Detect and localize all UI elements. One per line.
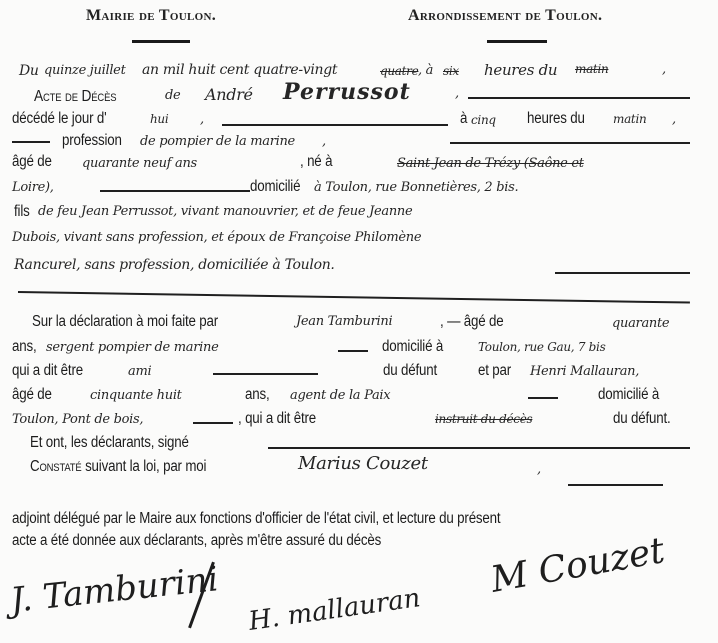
death-certificate-page: Mairie de Toulon. Arrondissement de Toul… bbox=[0, 0, 718, 643]
line2-end: , bbox=[455, 86, 459, 101]
year-suffix: quatre bbox=[380, 64, 418, 78]
deceased-profession: de pompier de la marine bbox=[140, 134, 295, 149]
blank-line bbox=[568, 484, 663, 486]
parents-spouse-line: Dubois, vivant sans profession, et époux… bbox=[12, 230, 421, 245]
declarant2-domicile: Toulon, Pont de bois, bbox=[12, 412, 143, 427]
deceased-domicile: à Toulon, rue Bonnetières, 2 bis. bbox=[314, 180, 518, 195]
blank-line bbox=[338, 350, 368, 352]
declarant2-relation: instruit du décès bbox=[435, 412, 532, 426]
line3-end: , bbox=[672, 112, 676, 127]
line3-a: à bbox=[460, 110, 467, 128]
death-day: quinze juillet bbox=[44, 63, 126, 78]
birthplace-cont: Loire), bbox=[12, 180, 54, 195]
header-rule-left bbox=[132, 40, 190, 43]
line3-heures: heures du bbox=[527, 110, 585, 128]
printed-hours: heures du bbox=[484, 61, 557, 79]
declarant2-age: cinquante huit bbox=[90, 388, 182, 403]
born-label: , né à bbox=[300, 153, 332, 171]
death-hour: cinq bbox=[471, 113, 496, 127]
hour-prefix: , à bbox=[418, 63, 433, 78]
declaration-label: Sur la déclaration à moi faite par bbox=[32, 313, 218, 331]
declarant2-domicile-label: domicilié à bbox=[598, 386, 659, 404]
declarant1-ans-label: ans, bbox=[12, 338, 37, 356]
line1-end: , bbox=[662, 62, 666, 77]
declarant1-relation: ami bbox=[128, 364, 151, 379]
declarant2-name: Henri Mallauran, bbox=[530, 364, 639, 379]
blank-line bbox=[100, 190, 250, 192]
signed-label: Et ont, les déclarants, signé bbox=[30, 434, 189, 452]
deceased-first-name: André bbox=[205, 85, 253, 104]
declarant2-relation-label: , qui a dit être bbox=[238, 410, 316, 428]
blank-line bbox=[450, 142, 690, 144]
profession-label: profession bbox=[62, 132, 122, 150]
declaration-hour: six bbox=[443, 64, 459, 78]
declarant2-ans-label: ans, bbox=[245, 386, 270, 404]
declarant1-relation-label: qui a dit être bbox=[12, 362, 83, 380]
du-defunt-label: du défunt bbox=[383, 362, 437, 380]
signature-declarant1: J. Tamburini bbox=[8, 559, 220, 621]
closing-line1: adjoint délégué par le Maire aux fonctio… bbox=[12, 510, 500, 528]
blank-line bbox=[222, 124, 448, 126]
blank-line bbox=[468, 97, 690, 99]
closing-line2: acte a été donnée aux déclarants, après … bbox=[12, 532, 381, 550]
domicile-label: domicilié bbox=[250, 178, 300, 196]
constate-text: suivant la loi, par moi bbox=[85, 458, 206, 475]
death-period: matin bbox=[613, 112, 646, 126]
acte-de-deces-label: Acte de Décès bbox=[34, 88, 116, 106]
fils-label: fils bbox=[14, 203, 30, 221]
blank-line bbox=[528, 397, 558, 399]
constate-label: Constaté suivant la loi, par moi bbox=[30, 458, 206, 476]
line2-de: de bbox=[165, 88, 180, 103]
declarant1-domicile-label: domicilié à bbox=[382, 338, 443, 356]
line1-prefix: Du bbox=[19, 63, 39, 79]
declarant1-age-label: , — âgé de bbox=[440, 313, 503, 331]
section-separator bbox=[18, 291, 690, 304]
declarant2-profession: agent de la Paix bbox=[290, 388, 390, 403]
blank-line bbox=[555, 272, 690, 274]
constate-end: , bbox=[537, 462, 541, 477]
declarant1-age: quarante bbox=[612, 316, 669, 331]
officer-name: Marius Couzet bbox=[298, 453, 428, 474]
declarant2-age-label: âgé de bbox=[12, 386, 52, 404]
printed-year: an mil huit cent quatre-vingt bbox=[142, 62, 337, 78]
declaration-period: matin bbox=[575, 62, 608, 76]
declarant1-profession: sergent pompier de marine bbox=[46, 340, 218, 355]
blank-line bbox=[12, 141, 50, 143]
declarant1-name: Jean Tamburini bbox=[296, 314, 392, 329]
line3-comma: , bbox=[200, 112, 204, 127]
header-arrondissement: Arrondissement de Toulon. bbox=[408, 7, 602, 25]
signature-officer: M Couzet bbox=[488, 530, 668, 601]
header-mairie: Mairie de Toulon. bbox=[86, 7, 216, 25]
blank-line bbox=[213, 373, 318, 375]
line4-end: , bbox=[322, 134, 326, 149]
declarant1-domicile: Toulon, rue Gau, 7 bis bbox=[478, 340, 605, 354]
spouse-line: Rancurel, sans profession, domiciliée à … bbox=[14, 257, 335, 273]
age-label: âgé de bbox=[12, 153, 52, 171]
deceased-age: quarante neuf ans bbox=[82, 156, 197, 171]
signature-declarant2: H. mallauran bbox=[247, 583, 422, 637]
deceased-label: décédé le jour d' bbox=[12, 110, 106, 128]
blank-line bbox=[193, 422, 233, 424]
du-defunt-end: du défunt. bbox=[613, 410, 671, 428]
parents-line: de feu Jean Perrussot, vivant manouvrier… bbox=[38, 204, 412, 219]
deceased-surname: Perrussot bbox=[283, 79, 411, 105]
et-par-label: et par bbox=[478, 362, 511, 380]
signature-line bbox=[268, 447, 690, 449]
death-day-ref: hui bbox=[150, 112, 168, 126]
constate-sc: Constaté bbox=[30, 458, 82, 475]
birthplace: Saint Jean de Trézy (Saône et bbox=[397, 156, 584, 171]
header-rule-right bbox=[487, 40, 547, 43]
